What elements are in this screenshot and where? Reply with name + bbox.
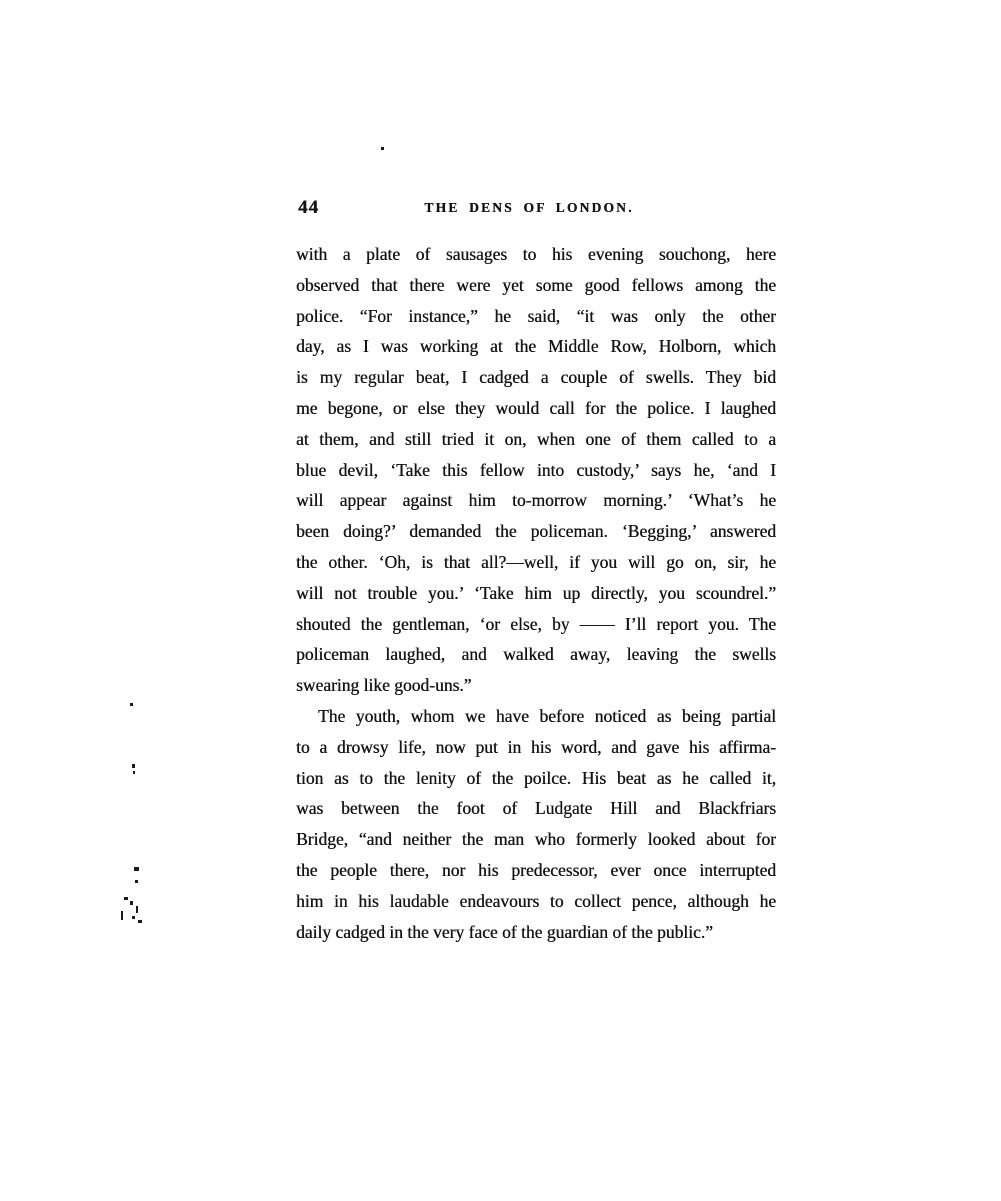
text-line: observed that there were yet some good f… <box>296 270 776 301</box>
text-line: will not trouble you.’ ‘Take him up dire… <box>296 578 776 609</box>
scan-speckle <box>124 897 128 900</box>
scan-speckle <box>130 703 133 706</box>
text-line: him in his laudable endeavours to collec… <box>296 886 776 917</box>
text-line: to a drowsy life, now put in his word, a… <box>296 732 776 763</box>
scan-speckle <box>381 147 384 150</box>
text-line: day, as I was working at the Middle Row,… <box>296 331 776 362</box>
scan-speckle <box>130 901 133 905</box>
text-line: is my regular beat, I cadged a couple of… <box>296 362 776 393</box>
paragraph: with a plate of sausages to his evening … <box>296 239 776 701</box>
scan-speckle <box>132 916 135 919</box>
page-header: 44 THE DENS OF LONDON. <box>296 197 776 219</box>
paragraph: The youth, whom we have before noticed a… <box>296 701 776 947</box>
scan-speckle <box>134 867 139 871</box>
scan-speckle <box>133 771 135 774</box>
scan-speckle <box>132 764 135 768</box>
text-line: was between the foot of Ludgate Hill and… <box>296 793 776 824</box>
running-title: THE DENS OF LONDON. <box>296 200 762 216</box>
text-line: blue devil, ‘Take this fellow into custo… <box>296 455 776 486</box>
text-line: the people there, nor his predecessor, e… <box>296 855 776 886</box>
scan-speckle <box>136 906 138 913</box>
text-line: will appear against him to-morrow mornin… <box>296 485 776 516</box>
scan-speckle <box>135 880 138 883</box>
text-line: Bridge, “and neither the man who formerl… <box>296 824 776 855</box>
text-line: the other. ‘Oh, is that all?—well, if yo… <box>296 547 776 578</box>
text-line: tion as to the lenity of the poilce. His… <box>296 763 776 794</box>
text-line: The youth, whom we have before noticed a… <box>296 701 776 732</box>
body-text: with a plate of sausages to his evening … <box>296 239 776 947</box>
text-line: shouted the gentleman, ‘or else, by —— I… <box>296 609 776 640</box>
text-line: swearing like good-uns.” <box>296 670 776 701</box>
scan-speckle <box>138 920 142 923</box>
text-line: been doing?’ demanded the policeman. ‘Be… <box>296 516 776 547</box>
text-line: police. “For instance,” he said, “it was… <box>296 301 776 332</box>
text-line: with a plate of sausages to his evening … <box>296 239 776 270</box>
text-line: policeman laughed, and walked away, leav… <box>296 639 776 670</box>
scan-speckle <box>121 911 123 920</box>
book-page: 44 THE DENS OF LONDON. with a plate of s… <box>0 0 1001 1201</box>
text-line: me begone, or else they would call for t… <box>296 393 776 424</box>
text-line: at them, and still tried it on, when one… <box>296 424 776 455</box>
text-line: daily cadged in the very face of the gua… <box>296 917 776 948</box>
